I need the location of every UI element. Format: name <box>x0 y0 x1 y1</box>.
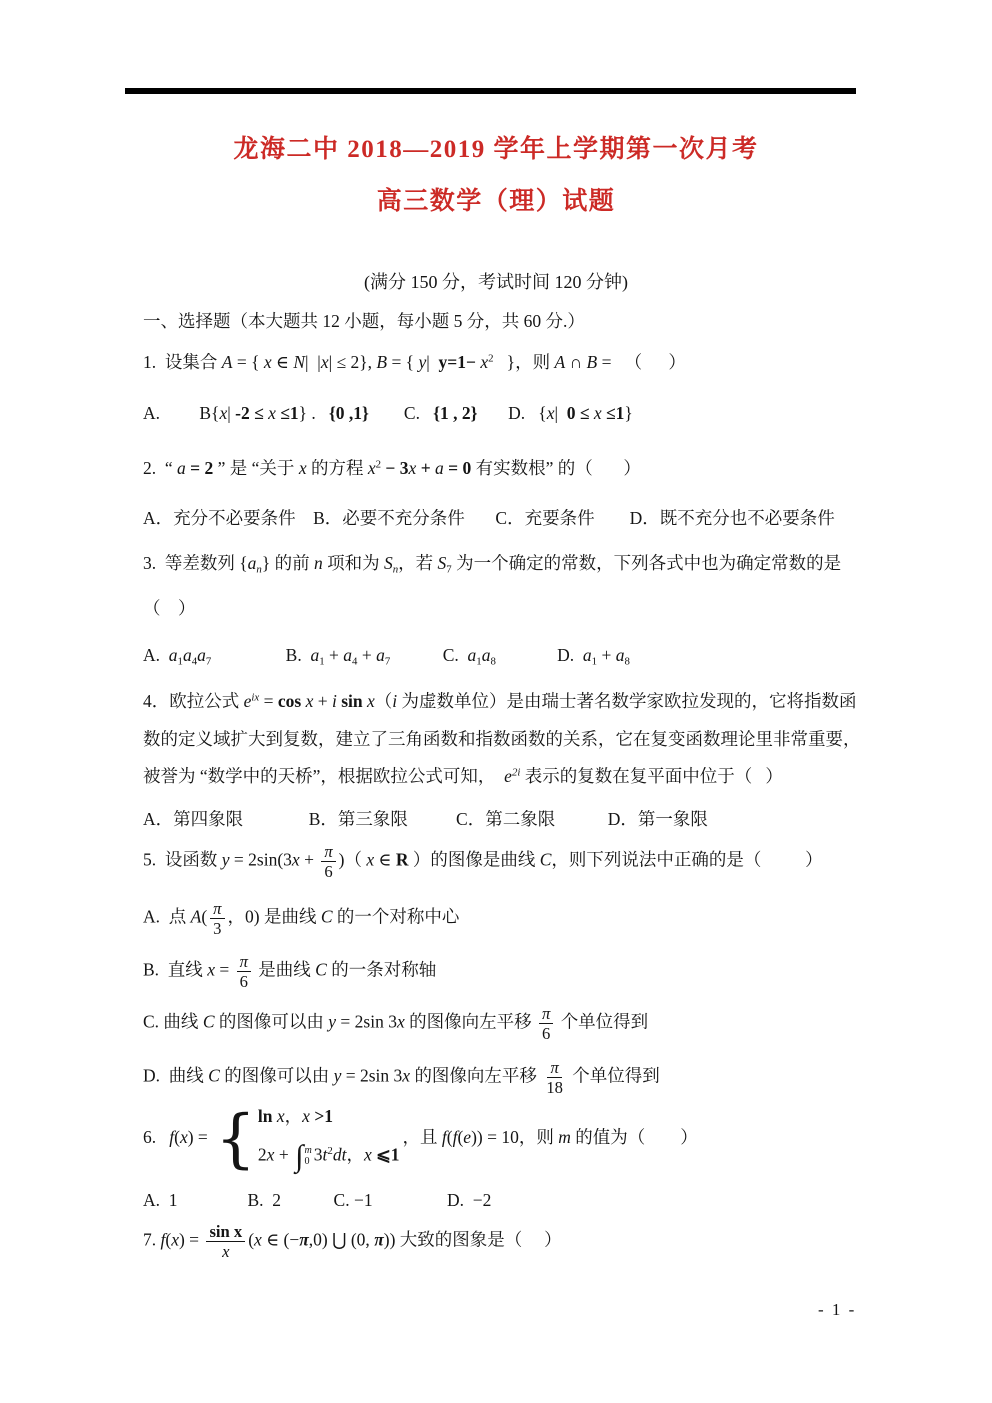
question-6-options: A. 1 B. 2 C. −1 D. −2 <box>143 1190 491 1212</box>
question-3-line1: 3. 等差数列 {an} 的前 n 项和为 Sn，若 S7 为一个确定的常数，下… <box>143 553 841 575</box>
question-5-option-a: A. 点 A(π3，0) 是曲线 C 的一个对称中心 <box>143 899 459 938</box>
question-7: 7. f(x) = sin xx(x ∈ (−π,0) ⋃ (0, π)) 大致… <box>143 1222 562 1261</box>
exam-paper-page: 龙海二中 2018—2019 学年上学期第一次月考 高三数学（理）试题 (满分 … <box>0 0 992 1403</box>
top-rule <box>125 88 856 94</box>
question-4-options: A．第四象限 B．第三象限 C．第二象限 D．第一象限 <box>143 809 708 831</box>
exam-info: (满分 150 分，考试时间 120 分钟) <box>0 271 992 294</box>
question-3-options: A. a1a4a7 B. a1 + a4 + a7 C. a1a8 D. a1 … <box>143 645 630 667</box>
question-3-line2: （ ） <box>143 598 196 620</box>
page-number: - 1 - <box>818 1300 856 1320</box>
question-4-line2: 数的定义域扩大到复数，建立了三角函数和指数函数的关系，它在复变函数理论里非常重要… <box>143 729 861 751</box>
exam-subtitle: 高三数学（理）试题 <box>0 186 992 217</box>
question-1-options: A. B{x| -2 ≤ x ≤1} . {0 ,1} C. {1 , 2} D… <box>143 403 633 425</box>
question-5-option-b: B. 直线 x = π6 是曲线 C 的一条对称轴 <box>143 952 436 991</box>
question-2-options: A．充分不必要条件 B．必要不充分条件 C．充要条件 D．既不充分也不必要条件 <box>143 508 835 530</box>
section-heading: 一、选择题（本大题共 12 小题，每小题 5 分，共 60 分.） <box>143 311 585 333</box>
question-6: 6. f(x) = {ln x，x >12x + ∫m03t2dt，x ⩽1，且… <box>143 1106 698 1172</box>
exam-title: 龙海二中 2018—2019 学年上学期第一次月考 <box>0 134 992 165</box>
question-5: 5. 设函数 y = 2sin(3x + π6)（ x ∈ R ）的图像是曲线 … <box>143 842 823 881</box>
question-2: 2. “ a = 2 ” 是 “关于 x 的方程 x2 − 3x + a = 0… <box>143 458 641 480</box>
question-5-option-d: D. 曲线 C 的图像可以由 y = 2sin 3x 的图像向左平移 π18 个… <box>143 1058 660 1097</box>
question-1: 1. 设集合 A = { x ∈ N| |x| ≤ 2}, B = { y| y… <box>143 352 686 374</box>
question-4-line1: 4．欧拉公式 eix = cos x + i sin x（i 为虚数单位）是由瑞… <box>143 691 857 713</box>
question-5-option-c: C. 曲线 C 的图像可以由 y = 2sin 3x 的图像向左平移 π6 个单… <box>143 1004 648 1043</box>
question-4-line3: 被誉为 “数学中的天桥”，根据欧拉公式可知， e2i 表示的复数在复平面中位于（… <box>143 766 783 788</box>
